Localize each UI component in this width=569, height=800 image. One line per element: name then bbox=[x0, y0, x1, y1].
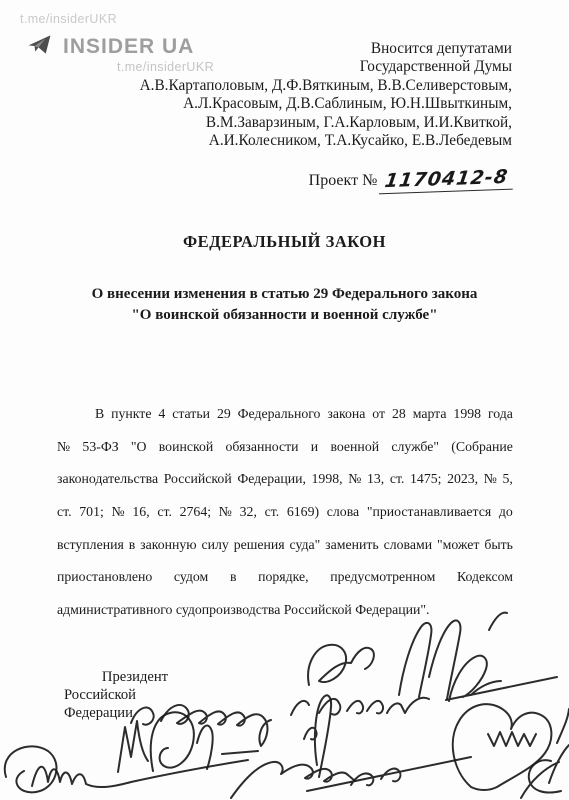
project-number-handwritten: 1170412-8 bbox=[379, 166, 516, 195]
law-subtitle: О внесении изменения в статью 29 Федерал… bbox=[0, 284, 569, 325]
header-line: Государственной Думы bbox=[140, 58, 512, 76]
signer-title: Президент bbox=[64, 669, 206, 687]
signature-stroke bbox=[307, 757, 471, 791]
body-line: законодательстваРоссийскойФедерации,1998… bbox=[57, 471, 513, 487]
law-subtitle-line: О внесении изменения в статью 29 Федерал… bbox=[0, 284, 569, 305]
signature-stroke bbox=[231, 762, 355, 798]
document-page: t.me/insiderUKR INSIDER UA t.me/insiderU… bbox=[0, 0, 569, 800]
body-line: приостановленосудомвпорядке,предусмотрен… bbox=[57, 569, 513, 585]
header-line: Вносится депутатами bbox=[140, 40, 512, 58]
signature-stroke bbox=[291, 698, 429, 715]
body-line: вступлениявзаконнуюсилурешениясуда"замен… bbox=[57, 537, 513, 553]
law-subtitle-line: "О воинской обязанности и военной службе… bbox=[0, 305, 569, 326]
telegram-plane-icon bbox=[26, 32, 53, 62]
signer-block: Президент Российской Федерации bbox=[64, 669, 206, 722]
law-title: ФЕДЕРАЛЬНЫЙ ЗАКОН bbox=[0, 232, 569, 252]
signature-stroke bbox=[521, 745, 569, 798]
signature-stroke bbox=[557, 709, 569, 743]
body-paragraph: Впункте4статьи29Федеральногозаконаот28ма… bbox=[57, 406, 513, 618]
header-line: А.И.Колесником, Т.А.Кусайко, Е.В.Лебедев… bbox=[140, 132, 512, 150]
signature-stroke bbox=[488, 732, 536, 746]
signature-stroke bbox=[5, 746, 57, 792]
header-line: А.В.Картаполовым, Д.Ф.Вяткиным, В.В.Сели… bbox=[140, 77, 512, 95]
signature-stroke bbox=[222, 751, 258, 754]
header-line: А.Л.Красовым, Д.В.Саблиным, Ю.Н.Швыткины… bbox=[140, 95, 512, 113]
watermark-top: t.me/insiderUKR bbox=[20, 12, 117, 26]
body-line: административного судопроизводства Росси… bbox=[57, 602, 513, 618]
project-number-line: Проект № 1170412-8 bbox=[309, 168, 514, 192]
signature-stroke bbox=[446, 656, 557, 701]
submitted-by-block: Вносится депутатами Государственной Думы… bbox=[140, 40, 512, 150]
project-label: Проект № bbox=[309, 172, 378, 189]
signature-stroke bbox=[399, 620, 460, 699]
signature-stroke bbox=[32, 760, 248, 787]
header-line: В.М.Заварзиным, Г.А.Карловым, И.И.Квитко… bbox=[140, 114, 512, 132]
body-line: Впункте4статьи29Федеральногозаконаот28ма… bbox=[57, 406, 513, 422]
body-line: №53-ФЗ"Овоинскойобязанностиивоеннойслужб… bbox=[57, 439, 513, 455]
signature-stroke bbox=[453, 704, 552, 790]
signature-stroke bbox=[118, 721, 148, 772]
body-line: ст.701;№16,ст.2764;№32,ст.6169)слова"при… bbox=[57, 504, 513, 520]
signer-title-line2: Российской Федерации bbox=[64, 687, 206, 723]
signature-stroke bbox=[304, 695, 331, 777]
signature-stroke bbox=[308, 645, 374, 685]
